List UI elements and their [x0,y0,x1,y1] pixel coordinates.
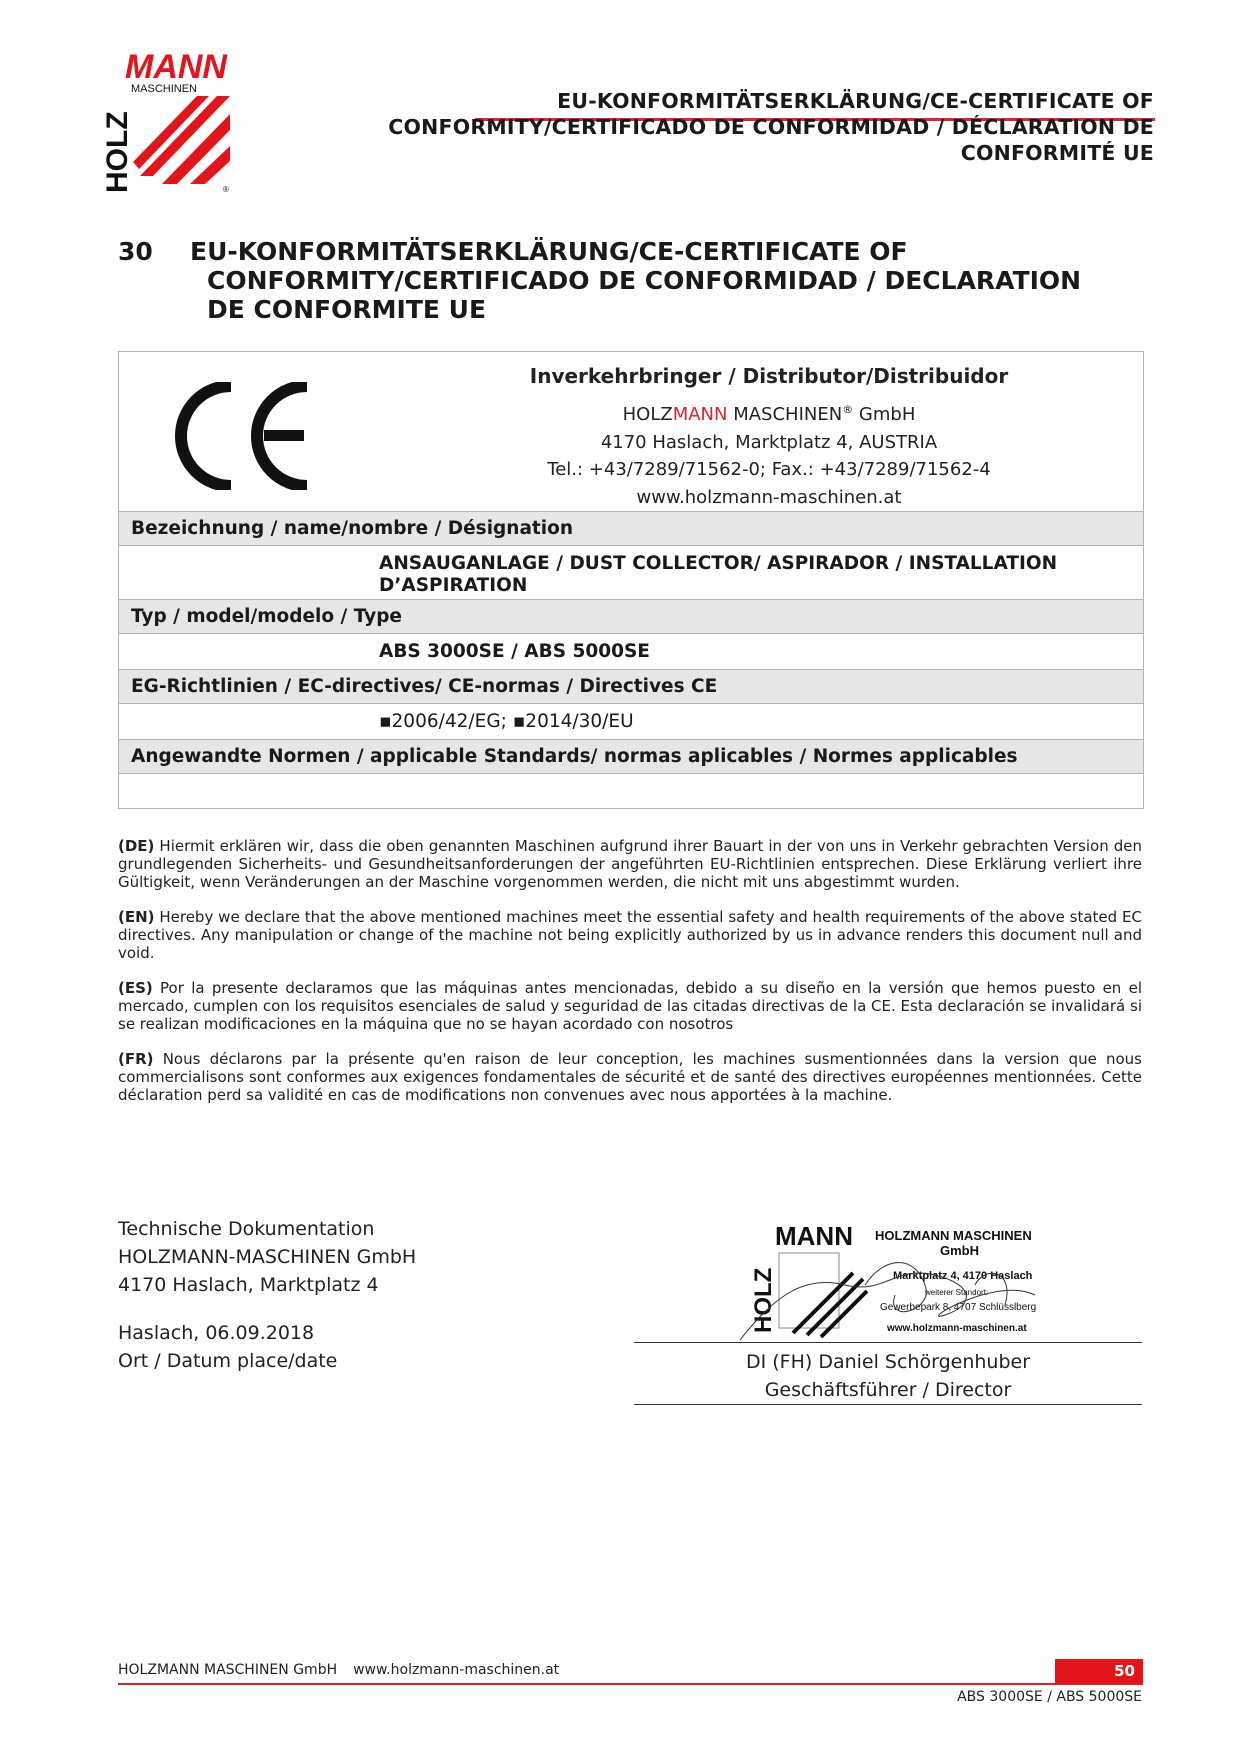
technical-documentation: Technische Dokumentation HOLZMANN-MASCHI… [118,1215,416,1375]
footer-accent-line [118,1683,1143,1685]
standards-label: Angewandte Normen / applicable Standards… [119,740,1143,774]
declaration-fr: (FR) Nous déclarons par la présente qu'e… [118,1050,1142,1104]
designation-label: Bezeichnung / name/nombre / Désignation [119,512,1143,546]
signatory-name: DI (FH) Daniel Schörgenhuber [634,1348,1142,1376]
signature-line-top [634,1342,1142,1343]
tech-doc-company: HOLZMANN-MASCHINEN GmbH [118,1243,416,1271]
declaration-de: (DE) Hiermit erklären wir, dass die oben… [118,837,1142,891]
section-number: 30 [118,237,153,266]
distributor-address: 4170 Haslach, Marktplatz 4, AUSTRIA [479,429,1059,457]
directives-value: ▪2006/42/EG; ▪2014/30/EU [119,704,1143,740]
logo-mann-text: MANN [125,48,228,86]
declaration-en: (EN) Hereby we declare that the above me… [118,908,1142,962]
place-date: Haslach, 06.09.2018 [118,1319,416,1347]
declaration-es: (ES) Por la presente declaramos que las … [118,979,1142,1033]
svg-text:Marktplatz 4, 4170 Haslach: Marktplatz 4, 4170 Haslach [893,1270,1033,1282]
distributor-row: Inverkehrbringer / Distributor/Distribui… [119,352,1143,512]
standards-value [119,774,1143,809]
place-date-label: Ort / Datum place/date [118,1347,416,1375]
signatory: DI (FH) Daniel Schörgenhuber Geschäftsfü… [634,1348,1142,1404]
directives-label: EG-Richtlinien / EC-directives/ CE-norma… [119,670,1143,704]
distributor-title: Inverkehrbringer / Distributor/Distribui… [479,364,1059,388]
svg-text:MANN: MANN [775,1221,853,1251]
logo-maschinen-text: MASCHINEN [131,83,197,95]
distributor-block: Inverkehrbringer / Distributor/Distribui… [479,364,1059,511]
type-label: Typ / model/modelo / Type [119,600,1143,634]
distributor-contact: Tel.: +43/7289/71562-0; Fax.: +43/7289/7… [479,456,1059,484]
type-value: ABS 3000SE / ABS 5000SE [119,634,1143,670]
conformity-table: Inverkehrbringer / Distributor/Distribui… [118,351,1144,809]
footer-left: HOLZMANN MASCHINEN GmbHwww.holzmann-masc… [118,1662,559,1678]
signature-line-bottom [634,1404,1142,1405]
logo-holz-text: HOLZ [105,111,134,193]
header-title: EU-KONFORMITÄTSERKLÄRUNG/CE-CERTIFICATE … [334,88,1154,166]
svg-text:HOLZMANN MASCHINEN: HOLZMANN MASCHINEN [875,1228,1032,1243]
holzmann-logo: MANN MASCHINEN HOLZ ® [105,48,245,194]
designation-value: ANSAUGANLAGE / DUST COLLECTOR/ ASPIRADOR… [119,546,1143,600]
page-number: 50 [1055,1659,1143,1684]
distributor-web: www.holzmann-maschinen.at [479,484,1059,512]
footer-company: HOLZMANN MASCHINEN GmbH [118,1662,337,1678]
tech-doc-address: 4170 Haslach, Marktplatz 4 [118,1271,416,1299]
section-title: EU-KONFORMITÄTSERKLÄRUNG/CE-CERTIFICATE … [190,237,1140,324]
svg-text:®: ® [223,185,229,194]
svg-text:www.holzmann-maschinen.at: www.holzmann-maschinen.at [886,1323,1027,1334]
signatory-role: Geschäftsführer / Director [634,1376,1142,1404]
company-stamp: MANN HOLZ HOLZMANN MASCHINEN GmbH Marktp… [735,1215,1065,1343]
distributor-company: HOLZMANN MASCHINEN® GmbH [479,396,1059,429]
ce-mark-icon [169,382,319,490]
svg-text:GmbH: GmbH [940,1243,979,1258]
tech-doc-title: Technische Dokumentation [118,1215,416,1243]
declarations: (DE) Hiermit erklären wir, dass die oben… [118,837,1142,1121]
footer-model: ABS 3000SE / ABS 5000SE [957,1689,1142,1705]
footer-web[interactable]: www.holzmann-maschinen.at [353,1662,559,1678]
